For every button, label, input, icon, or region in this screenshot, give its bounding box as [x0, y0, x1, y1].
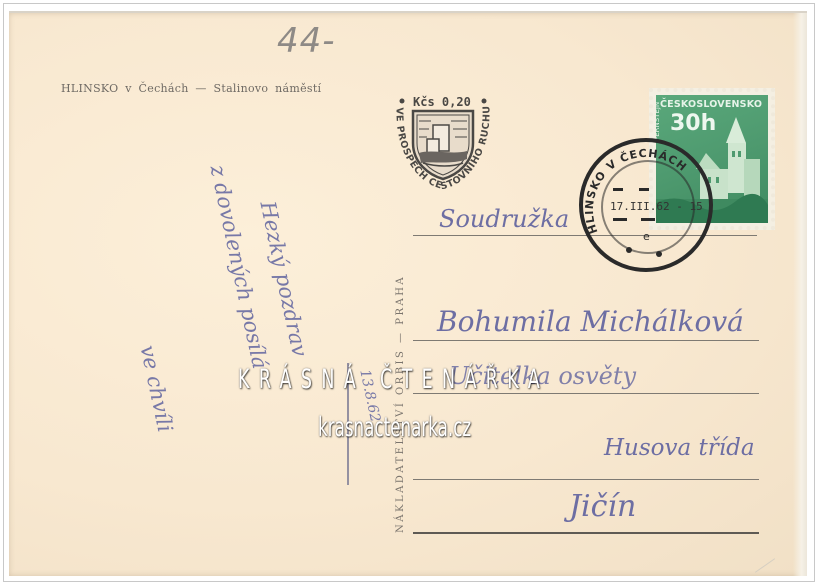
- address-name: Bohumila Michálková: [437, 305, 744, 338]
- postmark-cancellation: HLINSKO V ČECHÁCH e 17.III.62 - 15: [579, 138, 713, 272]
- watermark-url-link[interactable]: krasnactenarka.cz: [318, 412, 471, 443]
- address-city: Jičín: [569, 489, 636, 524]
- watermark-title: KRÁSNÁ ČTENÁŘKA: [238, 364, 549, 395]
- shield-castle-icon: Kčs 0,20 VE PROSPĚCH CESTOVNÍHO RUCHU: [383, 85, 501, 197]
- svg-text:Kčs 0,20: Kčs 0,20: [413, 95, 471, 109]
- corner-crease: [755, 558, 775, 573]
- svg-text:e: e: [643, 230, 650, 243]
- address-line-4: [413, 479, 759, 480]
- postcard-back: 44- HLINSKO v Čechách — Stalinovo náměst…: [9, 11, 807, 576]
- address-street: Husova třída: [604, 435, 755, 461]
- cachet-stamp: Kčs 0,20 VE PROSPĚCH CESTOVNÍHO RUCHU: [383, 85, 501, 197]
- message-line-2: z dovolených posílá: [206, 163, 273, 371]
- address-line-5: [413, 532, 759, 534]
- address-line-2: [413, 340, 759, 341]
- pencil-price-mark: 44-: [277, 21, 336, 61]
- card-edge: [793, 13, 807, 576]
- message-line-3: ve chvíli: [136, 343, 178, 434]
- postcard-caption: HLINSKO v Čechách — Stalinovo náměstí: [61, 82, 321, 95]
- publisher-imprint: NÁKLADATELSTVÍ ORBIS — PRAHA: [395, 275, 406, 533]
- postmark-date: 17.III.62 - 15: [610, 200, 703, 213]
- svg-text:HLINSKO V ČECHÁCH: HLINSKO V ČECHÁCH: [583, 147, 689, 236]
- address-salutation: Soudružka: [439, 205, 569, 233]
